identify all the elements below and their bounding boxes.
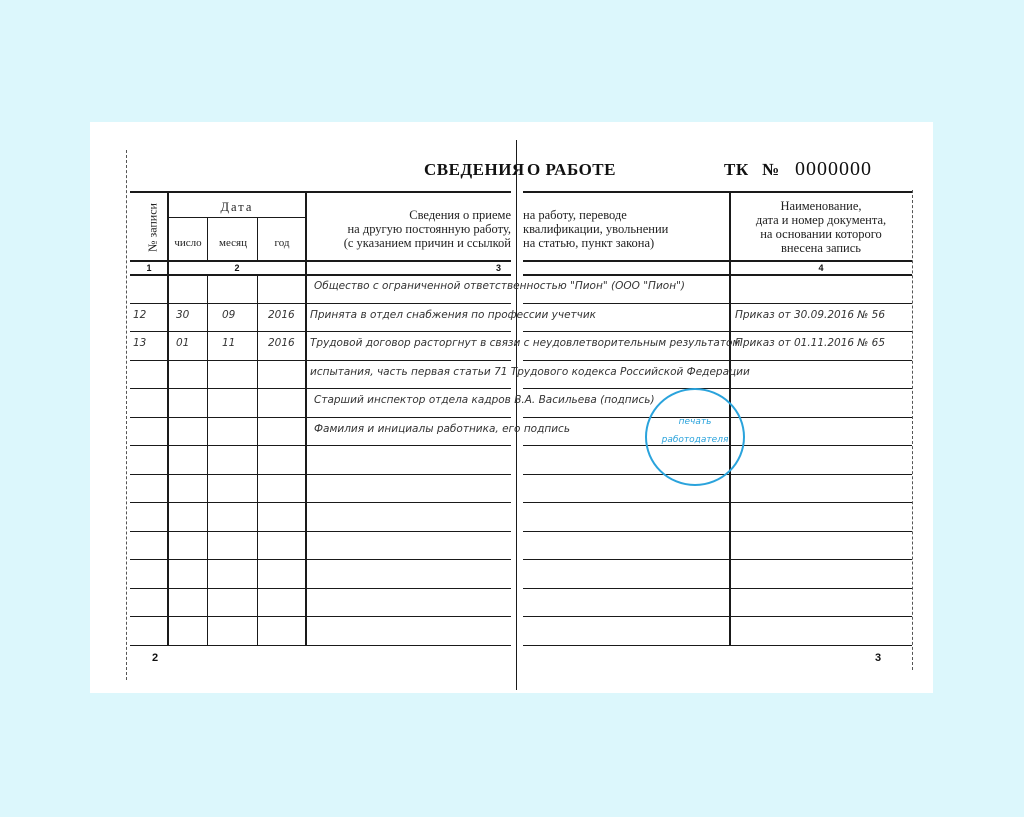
header-top-line-left <box>130 191 511 193</box>
row-line-left <box>130 616 511 617</box>
header-bottom-line-left <box>130 260 511 262</box>
colnum-1: 1 <box>130 263 168 273</box>
row-line-left <box>130 360 511 361</box>
row-line-left <box>130 588 511 589</box>
stamp-line-1: печать <box>645 417 745 427</box>
col-line-day-hdr <box>207 217 208 260</box>
header-year: год <box>258 236 306 250</box>
row-line-left <box>130 531 511 532</box>
col-line-day <box>207 274 208 645</box>
entry-month: 09 <box>222 309 235 321</box>
header-basis-4: внесена запись <box>730 241 912 255</box>
header-info-left-2: на другую постоянную работу, <box>306 222 511 236</box>
header-day: число <box>168 236 208 250</box>
col-line-record <box>167 191 169 645</box>
row-line-right <box>523 645 912 646</box>
book-number: 0000000 <box>795 158 872 181</box>
col-line-month <box>257 274 258 645</box>
entry-info: Принята в отдел снабжения по профессии у… <box>310 309 596 321</box>
header-info-right-2: квалификации, увольнении <box>523 222 728 236</box>
row-line-left <box>130 303 511 304</box>
header-info-left-1: Сведения о приеме <box>306 208 511 222</box>
row-line-right <box>523 388 912 389</box>
colnum-2: 2 <box>168 263 306 273</box>
row-line-right <box>523 559 912 560</box>
entry-year: 2016 <box>268 337 295 349</box>
entry-info: Старший инспектор отдела кадров В.А. Вас… <box>314 394 655 406</box>
header-basis-3: на основании которого <box>730 227 912 241</box>
entry-day: 30 <box>176 309 189 321</box>
row-line-right <box>523 502 912 503</box>
row-line-right <box>523 616 912 617</box>
number-sign: № <box>762 160 780 180</box>
row-line-right <box>523 531 912 532</box>
header-basis-2: дата и номер документа, <box>730 213 912 227</box>
header-month: месяц <box>208 236 258 250</box>
row-line-right <box>523 331 912 332</box>
entry-year: 2016 <box>268 309 295 321</box>
entry-basis: Приказ от 30.09.2016 № 56 <box>735 309 885 321</box>
row-line-left <box>130 645 511 646</box>
series-label: ТК <box>724 160 749 180</box>
spine-gutter <box>516 140 517 690</box>
entry-day: 01 <box>176 337 189 349</box>
row-line-left <box>130 445 511 446</box>
entry-info: Общество с ограниченной ответственностью… <box>314 280 685 292</box>
row-line-left <box>130 502 511 503</box>
entry-month: 11 <box>222 337 235 349</box>
entry-basis: Приказ от 01.11.2016 № 65 <box>735 337 885 349</box>
left-page-edge <box>126 150 127 680</box>
page-number-left: 2 <box>152 652 158 664</box>
right-page-edge <box>912 190 913 670</box>
col-line-month-hdr <box>257 217 258 260</box>
row-line-left <box>130 559 511 560</box>
header-bottom-line-right <box>523 260 912 262</box>
row-line-left <box>130 331 511 332</box>
header-info-right-1: на работу, переводе <box>523 208 728 222</box>
header-info-right-3: на статью, пункт закона) <box>523 236 728 250</box>
colnum-4: 4 <box>730 263 912 273</box>
col-line-year <box>305 191 307 645</box>
entry-info: Трудовой договор расторгнут в связи с не… <box>310 337 740 349</box>
header-basis-1: Наименование, <box>730 199 912 213</box>
row-line-right <box>523 360 912 361</box>
entry-info: испытания, часть первая статьи 71 Трудов… <box>310 366 750 378</box>
header-top-line-right <box>523 191 912 193</box>
header-date: Дата <box>168 200 306 214</box>
entry-record-no: 12 <box>133 309 146 321</box>
title-left: СВЕДЕНИЯ <box>424 160 525 180</box>
header-info-left-3: (с указанием причин и ссылкой <box>306 236 511 250</box>
colnum-line-left <box>130 274 511 276</box>
entry-info: Фамилия и инициалы работника, его подпис… <box>314 423 570 435</box>
stamp-line-2: работодателя <box>645 435 745 445</box>
date-subheader-line <box>168 217 306 218</box>
colnum-line-right <box>523 274 912 276</box>
title-right: О РАБОТЕ <box>527 160 616 180</box>
colnum-3: 3 <box>306 263 501 273</box>
row-line-left <box>130 474 511 475</box>
header-record-no: № записи <box>146 193 161 263</box>
row-line-right <box>523 588 912 589</box>
row-line-right <box>523 303 912 304</box>
page-number-right: 3 <box>875 652 881 664</box>
row-line-left <box>130 388 511 389</box>
row-line-left <box>130 417 511 418</box>
entry-record-no: 13 <box>133 337 146 349</box>
